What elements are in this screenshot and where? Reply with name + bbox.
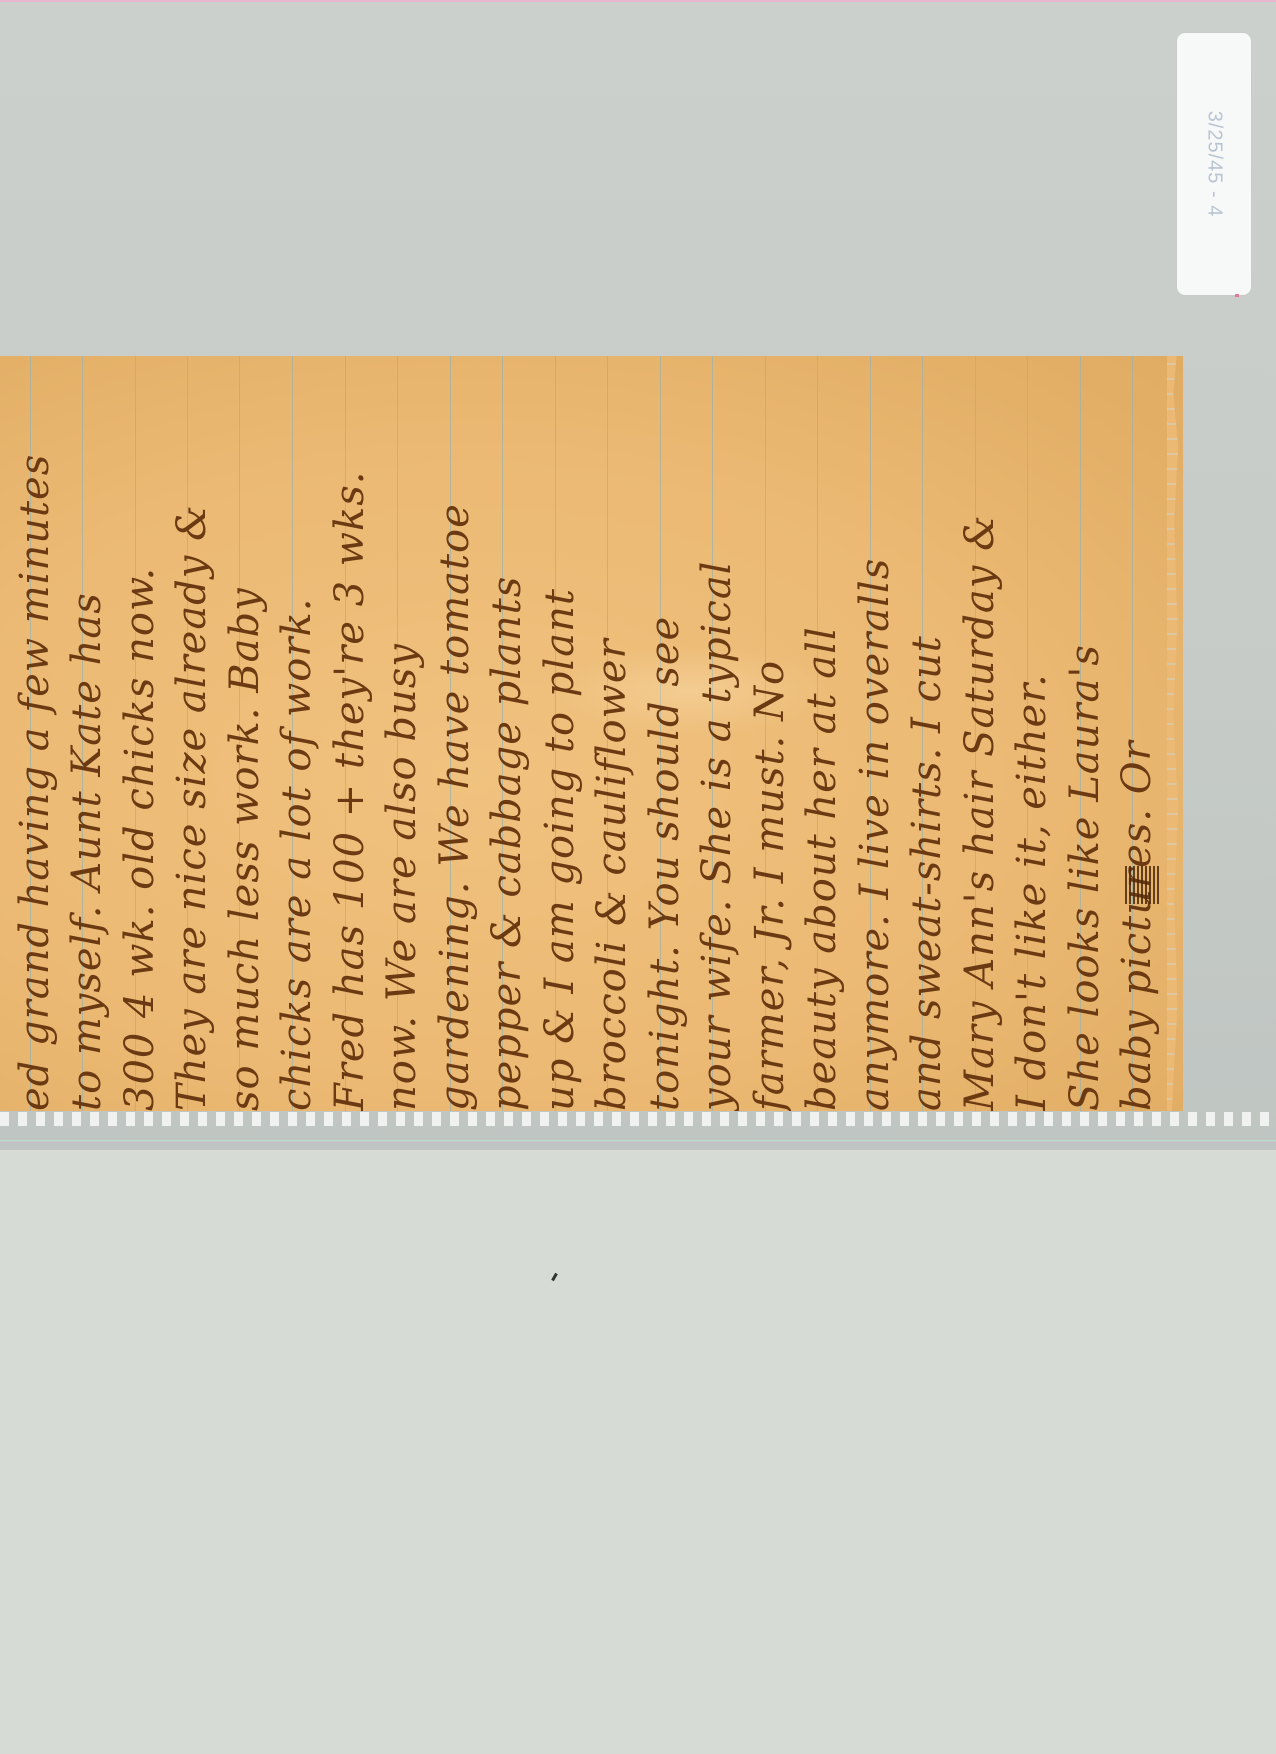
- scan-edge: [0, 0, 1276, 2]
- sleeve-punch-holes: [0, 1112, 1276, 1126]
- sleeve-edge: [0, 1140, 1276, 1143]
- crossed-out-word: [1125, 866, 1159, 904]
- ruled-line: [1170, 356, 1171, 1111]
- archive-label: 3/25/45 - 4: [1177, 33, 1251, 295]
- letter-page: ed grand having a few minutes to myself.…: [0, 356, 1183, 1111]
- label-mark: [1235, 294, 1239, 297]
- archive-label-text: 3/25/45 - 4: [1203, 111, 1226, 218]
- dust-speck: [551, 1273, 558, 1281]
